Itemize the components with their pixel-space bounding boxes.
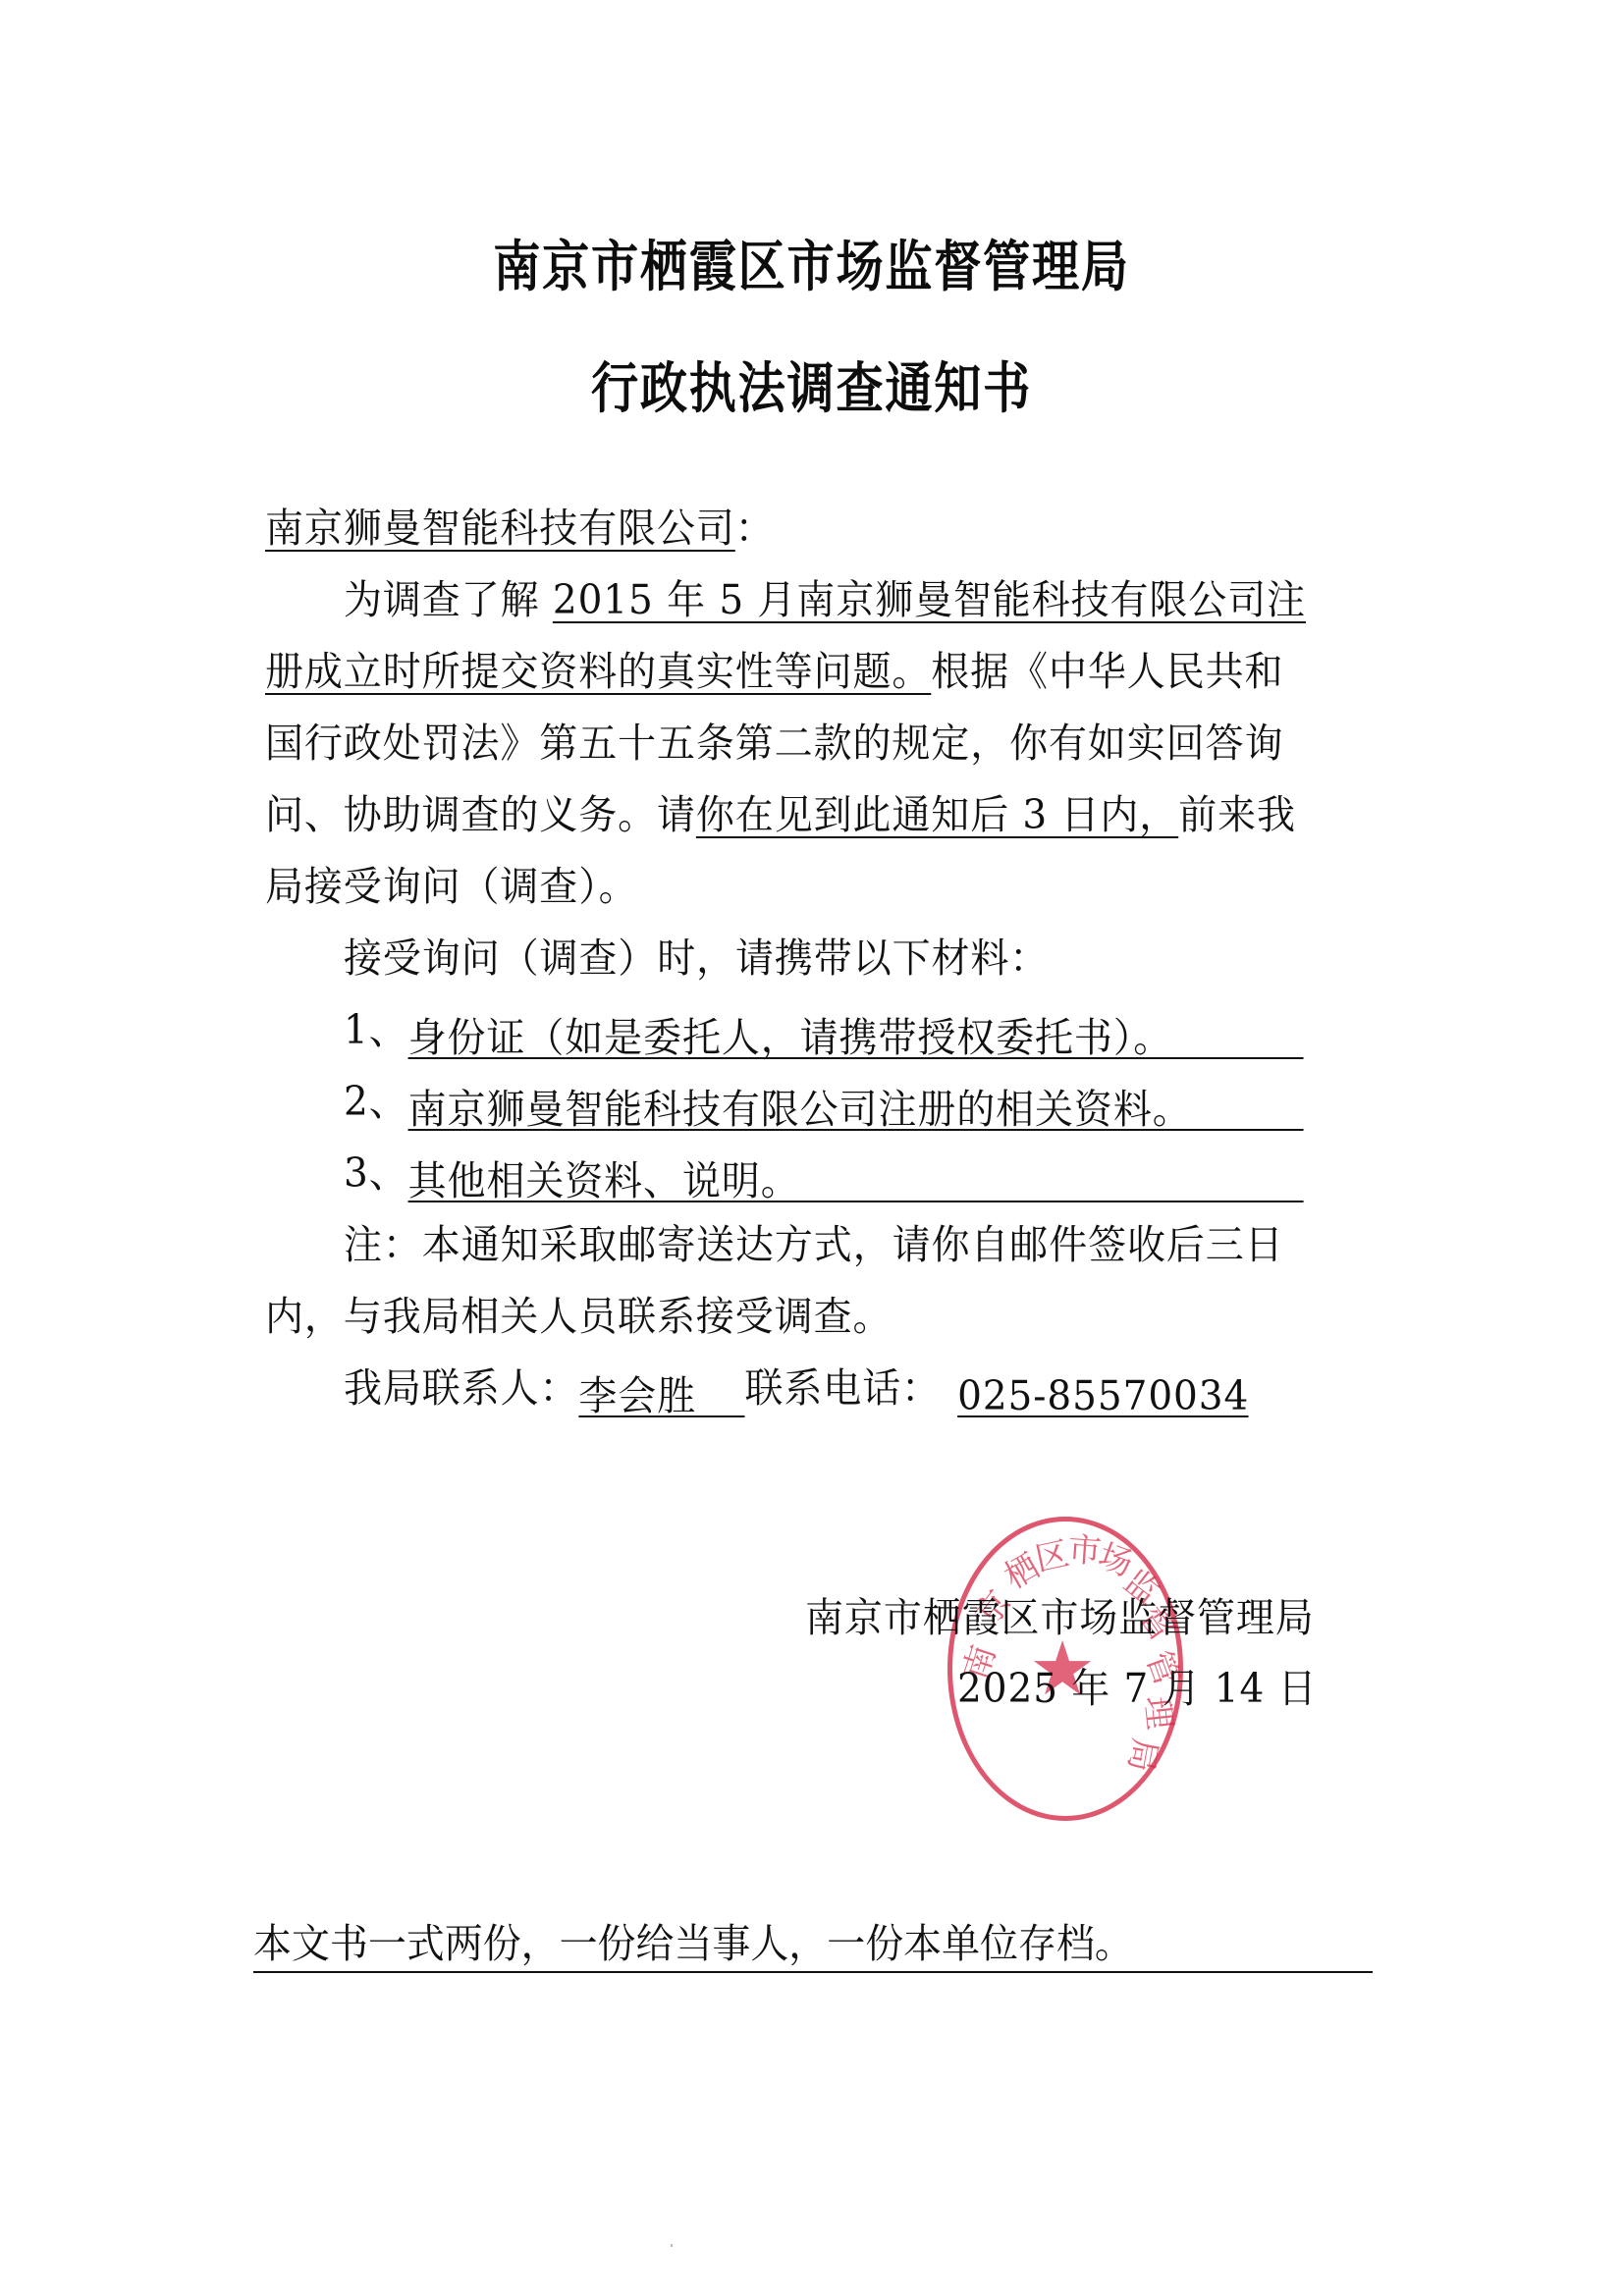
list-number: 3、 — [344, 1149, 408, 1197]
issuing-organization: 南京市栖霞区市场监督管理局 — [805, 1588, 1315, 1647]
material-text: 身份证（如是委托人，请携带授权委托书）。 — [408, 1014, 1173, 1061]
list-number: 2、 — [344, 1078, 408, 1125]
note-line-1: 注：本通知采取邮寄送达方式，请你自邮件签收后三日 — [344, 1215, 1284, 1274]
text-segment: 为调查了解 — [344, 576, 553, 623]
paragraph-line-3: 国行政处罚法》第五十五条第二款的规定，你有如实回答询 — [265, 714, 1283, 773]
note-line-2: 内，与我局相关人员联系接受调查。 — [265, 1287, 892, 1346]
material-text: 南京狮曼智能科技有限公司注册的相关资料。 — [408, 1086, 1192, 1133]
contact-label: 我局联系人： — [344, 1364, 578, 1412]
paragraph-line-1: 为调查了解 2015 年 5 月南京狮曼智能科技有限公司注 — [344, 570, 1306, 629]
addressee-colon: ： — [735, 505, 775, 552]
document-title-agency: 南京市栖霞区市场监督管理局 — [114, 224, 1510, 302]
text-segment: 前来我 — [1178, 791, 1296, 838]
scan-speck — [671, 2244, 673, 2247]
contact-line: 我局联系人：李会胜联系电话：025-85570034 — [344, 1359, 1249, 1417]
paragraph-line-2: 册成立时所提交资料的真实性等问题。根据《中华人民共和 — [265, 642, 1283, 701]
text-segment: 问、协助调查的义务。请 — [265, 791, 696, 838]
addressee-line: 南京狮曼智能科技有限公司： — [265, 499, 775, 558]
document-title-notice: 行政执法调查通知书 — [114, 346, 1510, 424]
deadline-text: 你在见到此通知后 3 日内， — [696, 791, 1178, 838]
materials-intro: 接受询问（调查）时，请携带以下材料： — [344, 929, 1049, 988]
paragraph-line-5: 局接受询问（调查）。 — [265, 857, 638, 916]
addressee-name: 南京狮曼智能科技有限公司 — [265, 505, 735, 552]
issue-date: 2025 年 7 月 14 日 — [957, 1659, 1317, 1718]
investigation-subject-cont: 册成立时所提交资料的真实性等问题。 — [265, 648, 931, 695]
material-item-3: 3、其他相关资料、说明。 — [344, 1144, 1332, 1202]
text-segment: 根据《中华人民共和 — [931, 648, 1283, 695]
material-item-1: 1、身份证（如是委托人，请携带授权委托书）。 — [344, 1000, 1332, 1059]
material-item-2: 2、南京狮曼智能科技有限公司注册的相关资料。 — [344, 1072, 1332, 1131]
investigation-subject: 2015 年 5 月南京狮曼智能科技有限公司注 — [553, 576, 1306, 623]
contact-phone: 025-85570034 — [957, 1372, 1249, 1419]
contact-name: 李会胜 — [578, 1372, 696, 1419]
phone-label: 联系电话： — [745, 1364, 942, 1412]
material-text: 其他相关资料、说明。 — [408, 1157, 800, 1204]
footer-note: 本文书一式两份，一份给当事人，一份本单位存档。 — [253, 1914, 1133, 1973]
document-page: 南京市栖霞区市场监督管理局 行政执法调查通知书 南京狮曼智能科技有限公司： 为调… — [0, 0, 1623, 2296]
paragraph-line-4: 问、协助调查的义务。请你在见到此通知后 3 日内，前来我 — [265, 785, 1296, 844]
list-number: 1、 — [344, 1006, 408, 1053]
footer-underline — [253, 1971, 1373, 1973]
